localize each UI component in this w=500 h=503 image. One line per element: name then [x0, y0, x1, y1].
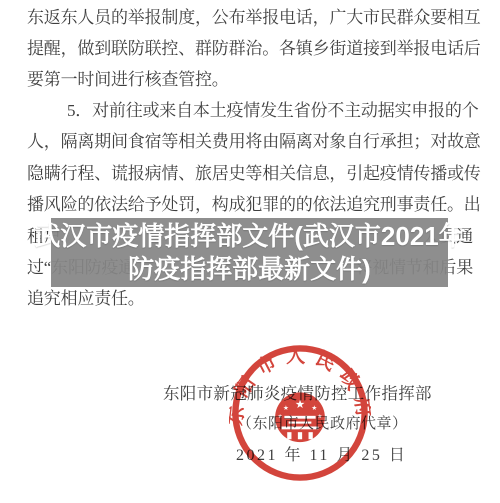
document-page: 东返东人员的举报制度，公布举报电话，广大市民群众要相互 提醒，做到联防联控、群防…	[0, 0, 500, 503]
signature-date: 2021 年 11 月 25 日	[236, 442, 407, 465]
signature-on-behalf: （东阳市人民政府代章）	[237, 412, 408, 433]
title-overlay-banner: 武汉市疫情指挥部文件(武汉市2021年 防疫指挥部最新文件)	[51, 218, 448, 287]
body-text-line-item-5: 5．对前往或来自本土疫情发生省份不主动据实申报的个	[27, 100, 473, 131]
signature-organization: 东阳市新冠肺炎疫情防控工作指挥部	[163, 380, 432, 404]
body-text-line: 东返东人员的举报制度，公布举报电话，广大市民群众要相互	[27, 7, 473, 38]
body-text-line: 提醒，做到联防联控、群防群治。各镇乡街道接到举报电话后	[27, 38, 473, 69]
body-text-line: 人，隔离期间食宿等相关费用将由隔离对象自行承担；对故意	[27, 131, 473, 162]
body-text-line: 隐瞒行程、谎报病情、旅居史等相关信息，引起疫情传播或传	[27, 163, 473, 194]
body-text-line: 要第一时间进行核查管控。	[27, 69, 473, 100]
body-text-closing-line: 追究相应责任。	[27, 288, 473, 319]
overlay-title-line2: 防疫指挥部最新文件)	[128, 253, 371, 286]
overlay-title-line1: 武汉市疫情指挥部文件(武汉市2021年	[34, 220, 465, 253]
